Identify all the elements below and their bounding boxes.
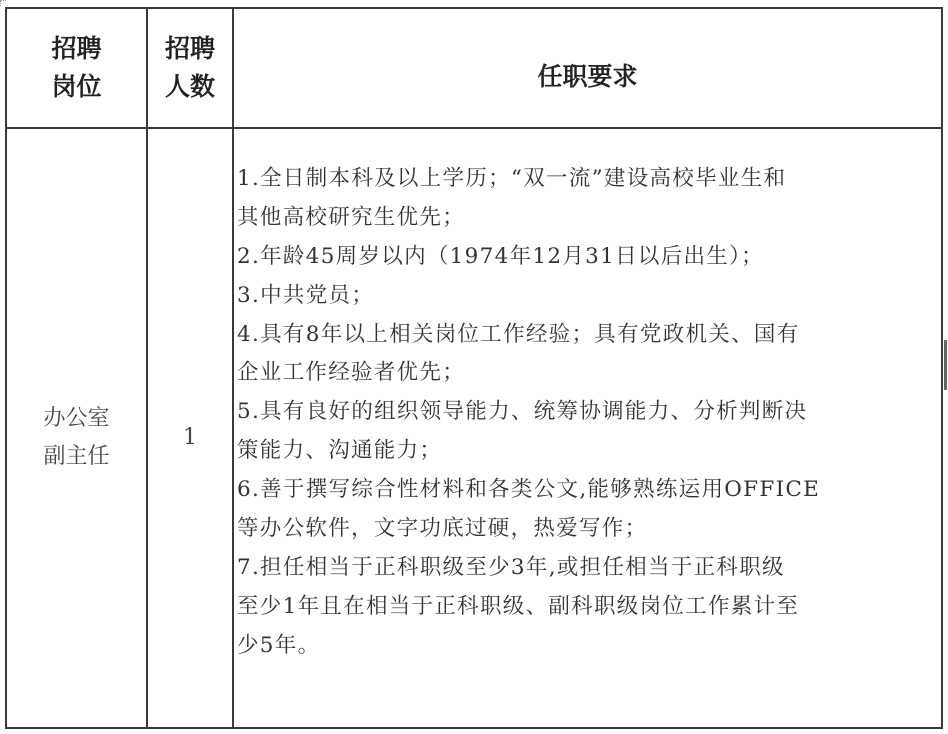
- header-position-line2: 岗位: [51, 68, 101, 106]
- scrollbar-thumb[interactable]: [944, 340, 947, 390]
- requirements-list: 1.全日制本科及以上学历；“双一流”建设高校毕业生和 其他高校研究生优先； 2.…: [237, 160, 937, 666]
- header-requirements-label: 任职要求: [537, 58, 637, 96]
- header-position: 招聘 岗位: [7, 9, 146, 127]
- header-count-line2: 人数: [165, 68, 215, 106]
- header-position-line1: 招聘: [51, 30, 101, 68]
- cell-count: 1: [148, 129, 232, 727]
- requirement-line: 4.具有8年以上相关岗位工作经验；具有党政机关、国有: [237, 316, 937, 355]
- requirement-line: 少5年。: [237, 627, 937, 666]
- requirement-line: 等办公软件，文字功底过硬，热爱写作；: [237, 510, 937, 549]
- header-requirements: 任职要求: [234, 1, 941, 153]
- cell-position: 办公室 副主任: [7, 129, 146, 727]
- requirement-line: 6.善于撰写综合性材料和各类公文,能够熟练运用OFFICE: [237, 471, 937, 510]
- requirement-line: 其他高校研究生优先；: [237, 199, 937, 238]
- requirement-line: 企业工作经验者优先；: [237, 354, 937, 393]
- requirement-line: 至少1年且在相当于正科职级、副科职级岗位工作累计至: [237, 588, 937, 627]
- requirement-line: 2.年龄45周岁以内（1974年12月31日以后出生）；: [237, 238, 937, 277]
- requirement-line: 策能力、沟通能力；: [237, 432, 937, 471]
- header-count-line1: 招聘: [165, 30, 215, 68]
- table-move-handle: [0, 0, 6, 6]
- requirement-line: 3.中共党员；: [237, 277, 937, 316]
- position-line1: 办公室: [43, 400, 109, 438]
- requirement-line: 7.担任相当于正科职级至少3年,或担任相当于正科职级: [237, 549, 937, 588]
- position-line2: 副主任: [43, 438, 109, 476]
- requirement-line: 5.具有良好的组织领导能力、统筹协调能力、分析判断决: [237, 393, 937, 432]
- header-count: 招聘 人数: [148, 9, 232, 127]
- count-value: 1: [183, 419, 197, 457]
- requirement-line: 1.全日制本科及以上学历；“双一流”建设高校毕业生和: [237, 160, 937, 199]
